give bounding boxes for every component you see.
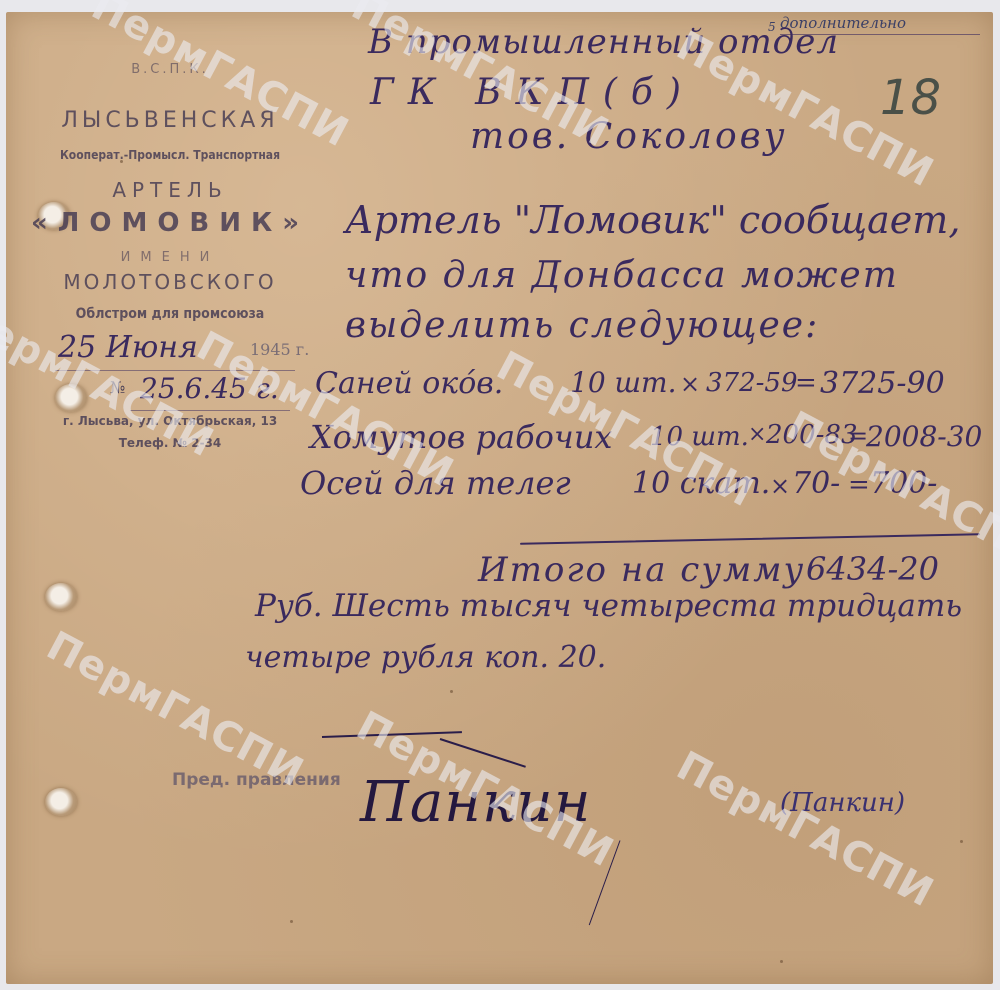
item-name: Хомутов рабочих	[310, 418, 612, 456]
item-qty: 10 шт.	[650, 422, 749, 452]
amount-in-words-line-1: Руб. Шесть тысяч четыреста тридцать	[255, 588, 962, 624]
chairman-stamp-label: Пред. правления	[172, 770, 341, 790]
addressee-line-3: тов. Соколову	[470, 116, 787, 157]
item-total: 700-	[870, 466, 937, 501]
item-multiply: ×	[680, 370, 700, 398]
total-value: 6434-20	[806, 550, 939, 588]
stamped-year: 1945 г.	[250, 340, 309, 359]
punch-hole	[45, 583, 77, 611]
stamp-line: В.С.П.К.	[10, 62, 330, 77]
item-name: Осей для телег	[300, 464, 571, 502]
item-price: 200-83	[766, 420, 858, 450]
archive-sheet-number: 18	[880, 70, 941, 126]
stamp-line: Кооперат.-Промысл. Транспортная	[26, 148, 314, 162]
item-multiply: ×	[770, 472, 790, 500]
stamp-line: ЛЫСЬВЕНСКАЯ	[10, 108, 330, 133]
item-total: 3725-90	[820, 366, 945, 401]
handwritten-date: 25 Июня	[58, 330, 198, 365]
item-multiply: ×	[748, 422, 766, 447]
paper-speck	[450, 690, 453, 693]
body-line-2: что для Донбасса может	[345, 255, 899, 296]
paper-speck	[960, 840, 963, 843]
paper-speck	[780, 960, 783, 963]
signature-decoded: (Панкин)	[780, 788, 905, 818]
stamp-line: МОЛОТОВСКОГО	[10, 270, 330, 294]
item-qty: 10 шт.	[570, 366, 677, 399]
signature: Панкин	[360, 770, 592, 835]
item-equals: =	[795, 368, 817, 398]
stamp-address: г. Лысьва, ул. Октябрьская, 13	[10, 414, 330, 428]
handwritten-number: 25.6.45 г.	[140, 372, 279, 405]
body-line-3: выделить следующее:	[345, 305, 819, 346]
stamp-line: АРТЕЛЬ	[10, 178, 330, 202]
amount-in-words-line-2: четыре рубля коп. 20.	[245, 640, 606, 675]
punch-hole	[45, 788, 77, 816]
total-label: Итого на сумму	[478, 550, 805, 590]
addressee-line-1: В промышленный отдел	[368, 22, 839, 62]
stamp-line: Облстром для промсоюза	[26, 306, 314, 322]
body-line-1: Артель "Ломовик" сообщает,	[345, 198, 960, 242]
number-underline	[130, 410, 290, 411]
stamp-line: «ЛОМОВИК»	[10, 208, 330, 238]
stamp-line: ИМЕНИ	[10, 250, 330, 265]
item-price: 372-59	[706, 368, 798, 398]
date-underline	[55, 370, 295, 371]
item-name: Саней окόв.	[315, 366, 503, 401]
item-qty: 10 скат.	[632, 466, 770, 501]
item-price: 70-	[792, 466, 840, 501]
item-equals: =	[848, 470, 870, 500]
item-total: 2008-30	[866, 420, 982, 453]
number-label: №	[110, 378, 125, 397]
paper-speck	[290, 920, 293, 923]
addressee-line-2: ГК ВКП(б)	[370, 72, 695, 113]
stamp-phone: Телеф. № 2-34	[10, 436, 330, 450]
